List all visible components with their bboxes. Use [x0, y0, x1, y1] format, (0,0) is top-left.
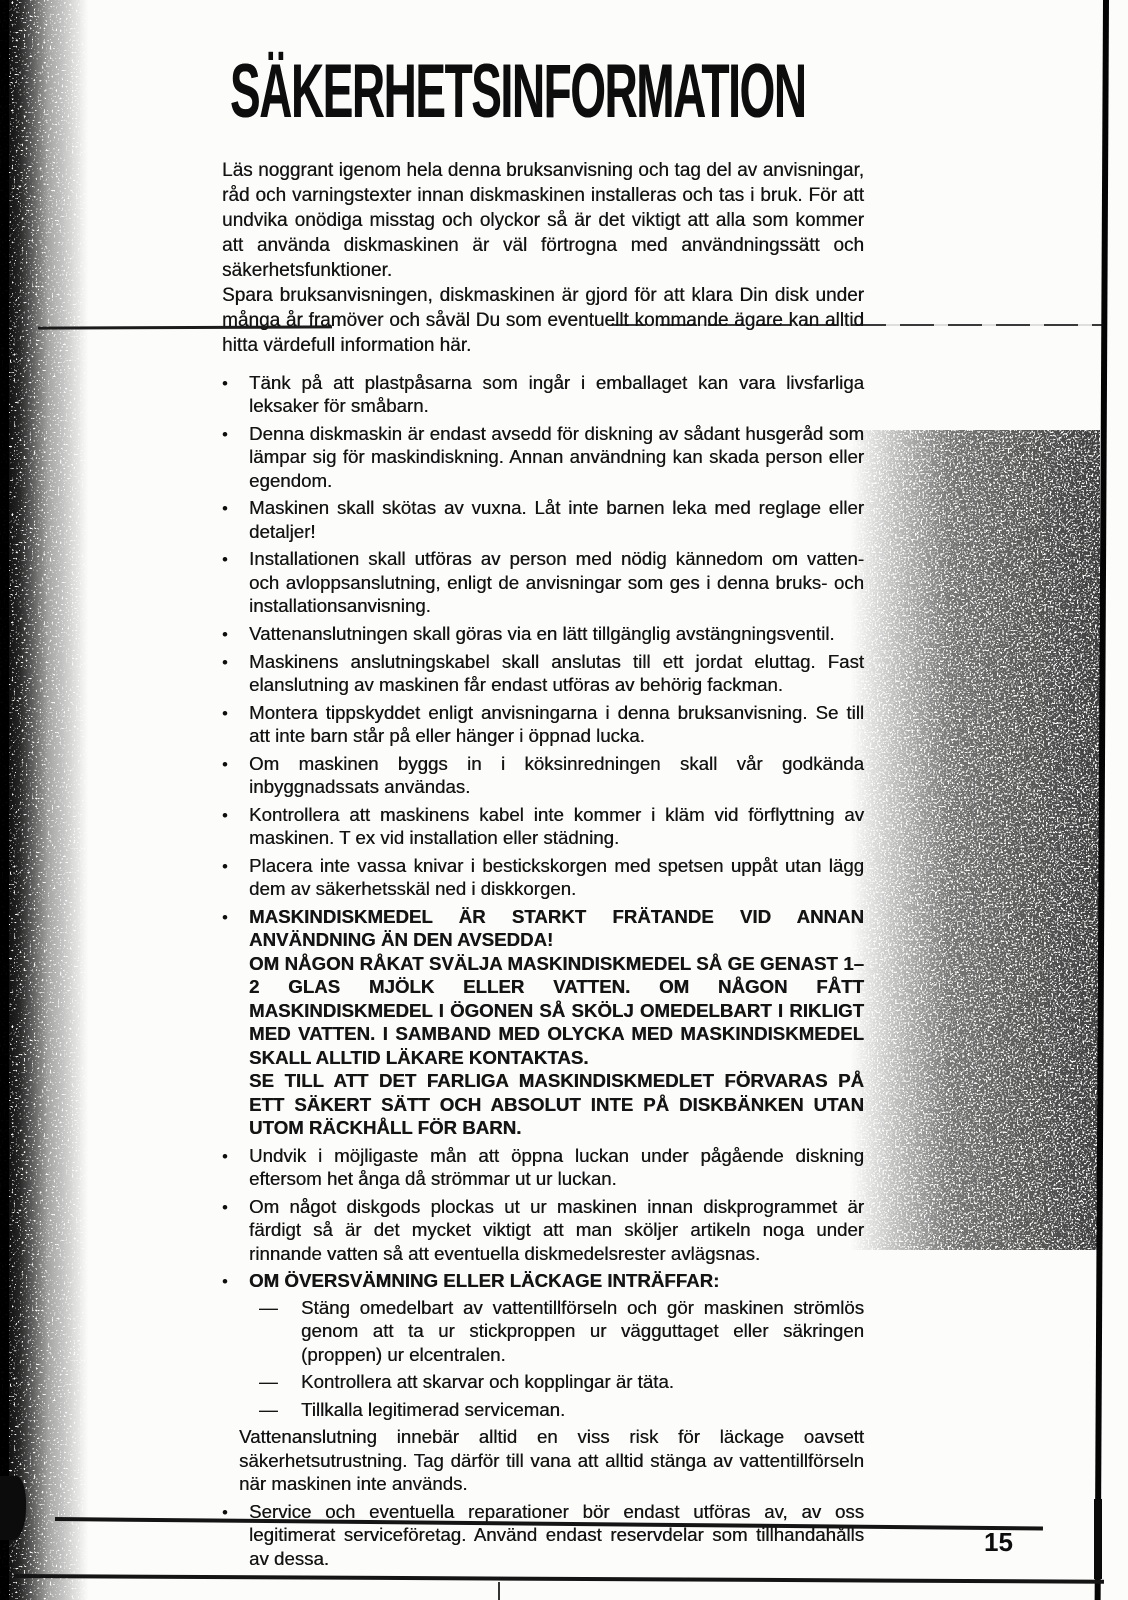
list-item: • Denna diskmaskin är endast avsedd för …	[222, 422, 864, 493]
warning-paragraph: OM NÅGON RÅKAT SVÄLJA MASKINDISKMEDEL SÅ…	[249, 952, 864, 1070]
bullet-icon: •	[222, 547, 249, 618]
list-item-text: Montera tippskyddet enligt anvisningarna…	[249, 701, 864, 748]
sub-list-item: — Tillkalla legitimerad serviceman.	[259, 1398, 864, 1422]
scan-noise-right	[850, 430, 1100, 1250]
dash-icon: —	[259, 1398, 301, 1422]
dash-icon: —	[259, 1296, 301, 1367]
list-item: • Maskinens anslutningskabel skall anslu…	[222, 650, 864, 697]
safety-bullet-list: • Tänk på att plastpåsarna som ingår i e…	[222, 371, 864, 1571]
list-item-text: Vattenanslutningen skall göras via en lä…	[249, 622, 864, 646]
list-item-text: Tänk på att plastpåsarna som ingår i emb…	[249, 371, 864, 418]
list-item-text: Om maskinen byggs in i köksinredningen s…	[249, 752, 864, 799]
intro-paragraph: Spara bruksanvisningen, diskmaskinen är …	[222, 283, 864, 358]
list-item-text: Undvik i möjligaste mån att öppna luckan…	[249, 1144, 864, 1191]
list-item-text: Maskinens anslutningskabel skall ansluta…	[249, 650, 864, 697]
flooding-trailing-note: Vattenanslutning innebär alltid en viss …	[239, 1425, 864, 1496]
dash-icon: —	[259, 1370, 301, 1394]
bullet-icon: •	[222, 422, 249, 493]
list-item: • Tänk på att plastpåsarna som ingår i e…	[222, 371, 864, 418]
bullet-icon: •	[222, 803, 249, 850]
page-edge-line	[1095, 0, 1109, 1600]
list-item-text: OM ÖVERSVÄMNING ELLER LÄCKAGE INTRÄFFAR:…	[249, 1269, 864, 1496]
list-item: • Om något diskgods plockas ut ur maskin…	[222, 1195, 864, 1266]
list-item-text: Maskinen skall skötas av vuxna. Låt inte…	[249, 496, 864, 543]
content-column: SÄKERHETSINFORMATION Läs noggrant igenom…	[222, 52, 864, 1574]
list-item-text: Service och eventuella reparationer bör …	[249, 1500, 864, 1571]
warning-paragraph: SE TILL ATT DET FARLIGA MASKINDISKMEDLET…	[249, 1069, 864, 1140]
bullet-icon: •	[222, 496, 249, 543]
scan-noise-left	[0, 0, 88, 1600]
bullet-icon: •	[222, 905, 249, 1140]
intro-section: Läs noggrant igenom hela denna bruksanvi…	[222, 158, 864, 358]
list-item: • Om maskinen byggs in i köksinredningen…	[222, 752, 864, 799]
bullet-icon: •	[222, 854, 249, 901]
list-item-text: Kontrollera att maskinens kabel inte kom…	[249, 803, 864, 850]
list-item: • Installationen skall utföras av person…	[222, 547, 864, 618]
list-item-text: Placera inte vassa knivar i bestickskorg…	[249, 854, 864, 901]
sub-list-item: — Stäng omedelbart av vattentillförseln …	[259, 1296, 864, 1367]
page-title: SÄKERHETSINFORMATION	[230, 52, 610, 132]
list-item-text: Om något diskgods plockas ut ur maskinen…	[249, 1195, 864, 1266]
document-page: SÄKERHETSINFORMATION Läs noggrant igenom…	[0, 0, 1128, 1600]
list-item-flooding: • OM ÖVERSVÄMNING ELLER LÄCKAGE INTRÄFFA…	[222, 1269, 864, 1496]
bullet-icon: •	[222, 371, 249, 418]
footer-rule-bottom	[14, 1574, 1104, 1584]
sub-list-item-text: Tillkalla legitimerad serviceman.	[301, 1398, 864, 1422]
sub-list-item-text: Stäng omedelbart av vattentillförseln oc…	[301, 1296, 864, 1367]
flooding-heading: OM ÖVERSVÄMNING ELLER LÄCKAGE INTRÄFFAR:	[249, 1269, 864, 1293]
scan-edge-left-bar	[0, 0, 9, 1600]
list-item: • Montera tippskyddet enligt anvisningar…	[222, 701, 864, 748]
list-item: • Vattenanslutningen skall göras via en …	[222, 622, 864, 646]
bullet-icon: •	[222, 1195, 249, 1266]
list-item-text: Denna diskmaskin är endast avsedd för di…	[249, 422, 864, 493]
sub-list-item-text: Kontrollera att skarvar och kopplingar ä…	[301, 1370, 864, 1394]
bullet-icon: •	[222, 1144, 249, 1191]
bullet-icon: •	[222, 622, 249, 646]
list-item: • Undvik i möjligaste mån att öppna luck…	[222, 1144, 864, 1191]
list-item-text: MASKINDISKMEDEL ÄR STARKT FRÄTANDE VID A…	[249, 905, 864, 1140]
scan-tick-bottom	[498, 1582, 500, 1600]
bullet-icon: •	[222, 752, 249, 799]
warning-paragraph: MASKINDISKMEDEL ÄR STARKT FRÄTANDE VID A…	[249, 905, 864, 952]
scan-blob-bottom-left	[0, 1476, 26, 1540]
list-item-warning-detergent: • MASKINDISKMEDEL ÄR STARKT FRÄTANDE VID…	[222, 905, 864, 1140]
list-item: • Placera inte vassa knivar i besticksko…	[222, 854, 864, 901]
page-number: 15	[984, 1527, 1013, 1558]
list-item: • Service och eventuella reparationer bö…	[222, 1500, 864, 1571]
list-item: • Kontrollera att maskinens kabel inte k…	[222, 803, 864, 850]
list-item-text: Installationen skall utföras av person m…	[249, 547, 864, 618]
intro-paragraph: Läs noggrant igenom hela denna bruksanvi…	[222, 158, 864, 283]
footer-corner-bar	[1094, 1499, 1102, 1579]
bullet-icon: •	[222, 650, 249, 697]
list-item: • Maskinen skall skötas av vuxna. Låt in…	[222, 496, 864, 543]
sub-list-item: — Kontrollera att skarvar och kopplingar…	[259, 1370, 864, 1394]
bullet-icon: •	[222, 701, 249, 748]
bullet-icon: •	[222, 1500, 249, 1571]
